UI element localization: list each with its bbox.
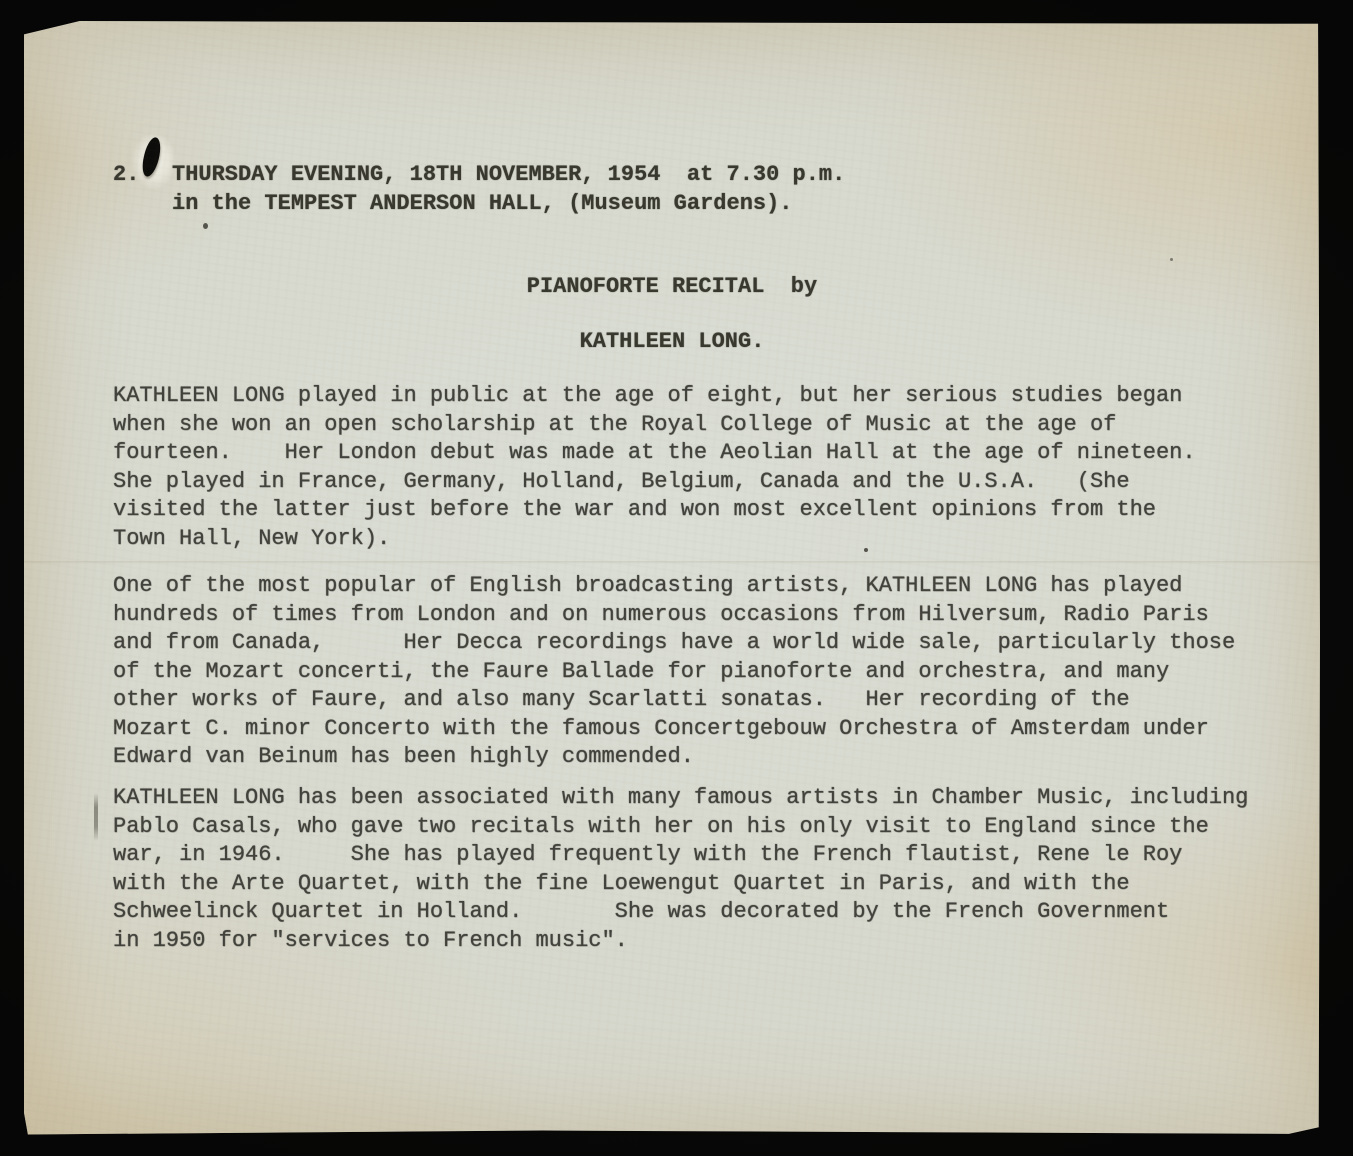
recital-title-line: PIANOFORTE RECITAL by [24,273,1320,302]
paper-speck [1170,258,1173,261]
event-datetime-line: THURSDAY EVENING, 18TH NOVEMBER, 1954 at… [172,162,845,187]
paper-speck [203,223,208,229]
item-number: 2. [113,161,172,218]
biography-paragraph-3: KATHLEEN LONG has been associated with m… [113,784,1308,955]
event-venue-line: in the TEMPEST ANDERSON HALL, (Museum Ga… [172,191,793,216]
margin-pencil-mark [94,793,98,841]
header-block: 2. THURSDAY EVENING, 18TH NOVEMBER, 1954… [113,161,845,218]
performer-name-line: KATHLEEN LONG. [24,328,1320,357]
typewritten-page: 2. THURSDAY EVENING, 18TH NOVEMBER, 1954… [24,21,1320,1135]
fold-crease [24,561,1320,564]
header-lines: THURSDAY EVENING, 18TH NOVEMBER, 1954 at… [172,161,845,218]
biography-paragraph-1: KATHLEEN LONG played in public at the ag… [113,382,1293,553]
photo-background: 2. THURSDAY EVENING, 18TH NOVEMBER, 1954… [0,0,1353,1156]
biography-paragraph-2: One of the most popular of English broad… [113,572,1293,772]
